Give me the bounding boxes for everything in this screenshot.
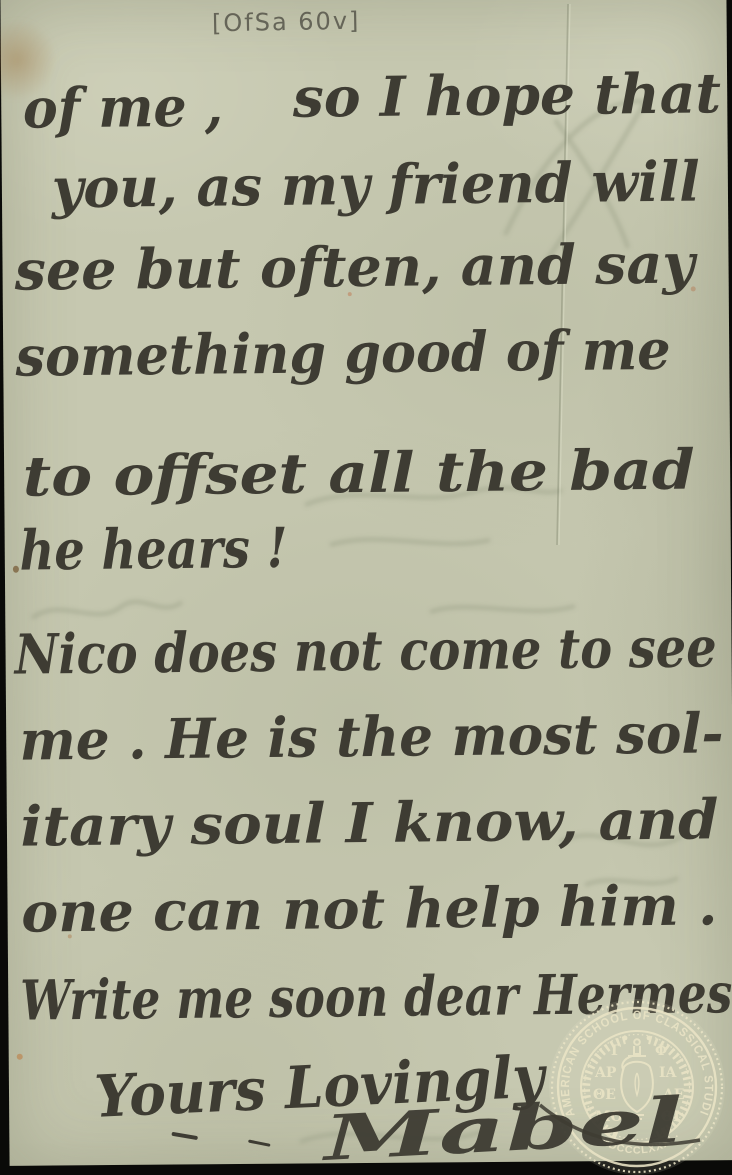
letter-line: something good of me [14,317,671,389]
letter-line: itary soul I know, and [20,786,719,858]
seal-greek: Φ [655,1043,667,1059]
letter-line: Nico does not come to see [13,614,717,686]
letter-line: to offset all the bad [22,437,695,509]
letter-overlay: of me , so I hope that you, as my friend… [0,0,732,1175]
letter-line: see but often, and say [13,231,699,303]
seal-greek: Γ [611,1043,621,1059]
letter-line: me . He is the most sol- [19,700,724,772]
letter-line: one can not help him . [21,872,718,944]
scanned-letter-page: { "document": { "kind": "Handwritten let… [0,0,732,1175]
seal-greek: ΙΑ [659,1065,678,1081]
pen-dash [174,1134,196,1138]
letter-line: so I hope that [291,60,721,129]
seal-greek: ΑΡ [594,1065,617,1081]
handwritten-text: of me , so I hope that you, as my friend… [7,60,732,1147]
letter-line: he hears ! [19,515,288,583]
letter-line: you, as my friend will [49,148,700,220]
letter-line: of me , [23,73,224,140]
pen-dash [250,1141,269,1145]
